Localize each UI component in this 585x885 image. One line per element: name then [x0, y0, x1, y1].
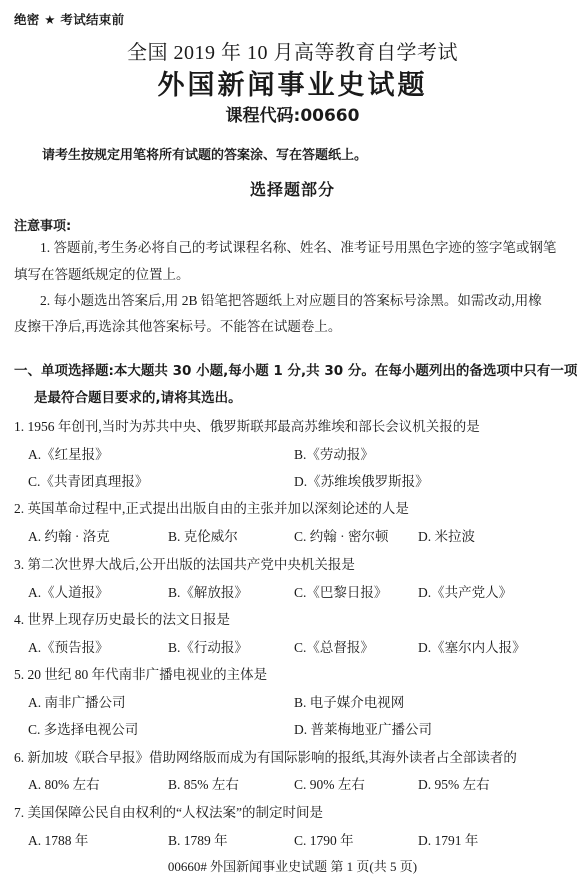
- confidential-label: 绝密 ★ 考试结束前: [14, 10, 124, 28]
- question-1-option-b: B.《劳动报》: [294, 443, 374, 463]
- question-1-option-a: A.《红星报》: [28, 443, 109, 463]
- part-one-heading-cont: 是最符合题目要求的,请将其选出。: [34, 386, 242, 406]
- question-4-option-c: C.《总督报》: [294, 636, 374, 656]
- page-title: 外国新闻事业史试题: [0, 63, 585, 102]
- notice-title: 注意事项:: [14, 215, 71, 234]
- question-7-option-a: A. 1788 年: [28, 829, 88, 849]
- question-5-option-d: D. 普莱梅地亚广播公司: [294, 718, 432, 738]
- question-2-stem: 2. 英国革命过程中,正式提出出版自由的主张并加以深刻论述的人是: [14, 497, 409, 517]
- answer-instruction: 请考生按规定用笔将所有试题的答案涂、写在答题纸上。: [42, 144, 367, 163]
- question-6-option-a: A. 80% 左右: [28, 773, 100, 793]
- question-2-option-d: D. 米拉波: [418, 525, 475, 545]
- notice-2-line-1: 2. 每小题选出答案后,用 2B 铅笔把答题纸上对应题目的答案标号涂黑。如需改动…: [40, 289, 542, 309]
- question-4-option-b: B.《行动报》: [168, 636, 248, 656]
- question-2-option-b: B. 克伦威尔: [168, 525, 238, 545]
- section-title: 选择题部分: [0, 177, 585, 200]
- question-4-option-a: A.《预告报》: [28, 636, 109, 656]
- question-7-option-c: C. 1790 年: [294, 829, 354, 849]
- question-7-option-b: B. 1789 年: [168, 829, 228, 849]
- part-one-heading: 一、单项选择题:本大题共 30 小题,每小题 1 分,共 30 分。在每小题列出…: [14, 359, 577, 379]
- question-5-stem: 5. 20 世纪 80 年代南非广播电视业的主体是: [14, 663, 267, 683]
- notice-2-line-2: 皮擦干净后,再选涂其他答案标号。不能答在试题卷上。: [14, 315, 341, 335]
- question-3-stem: 3. 第二次世界大战后,公开出版的法国共产党中央机关报是: [14, 553, 355, 573]
- question-2-option-c: C. 约翰 · 密尔顿: [294, 525, 389, 545]
- question-6-option-b: B. 85% 左右: [168, 773, 239, 793]
- question-6-option-d: D. 95% 左右: [418, 773, 490, 793]
- question-3-option-b: B.《解放报》: [168, 581, 248, 601]
- notice-1-line-1: 1. 答题前,考生务必将自己的考试课程名称、姓名、准考证号用黑色字迹的签字笔或钢…: [40, 236, 556, 256]
- question-1-option-d: D.《苏维埃俄罗斯报》: [294, 470, 429, 490]
- question-7-stem: 7. 美国保障公民自由权利的“人权法案”的制定时间是: [14, 801, 323, 821]
- course-code: 课程代码:00660: [0, 101, 585, 126]
- question-3-option-c: C.《巴黎日报》: [294, 581, 387, 601]
- exam-session-line: 全国 2019 年 10 月高等教育自学考试: [0, 36, 585, 65]
- question-7-option-d: D. 1791 年: [418, 829, 478, 849]
- question-4-option-d: D.《塞尔内人报》: [418, 636, 526, 656]
- page-footer: 00660# 外国新闻事业史试题 第 1 页(共 5 页): [0, 856, 585, 875]
- question-3-option-d: D.《共产党人》: [418, 581, 512, 601]
- question-1-option-c: C.《共青团真理报》: [28, 470, 148, 490]
- question-3-option-a: A.《人道报》: [28, 581, 109, 601]
- notice-1-line-2: 填写在答题纸规定的位置上。: [14, 263, 190, 283]
- question-5-option-a: A. 南非广播公司: [28, 691, 126, 711]
- question-6-stem: 6. 新加坡《联合早报》借助网络版而成为有国际影响的报纸,其海外读者占全部读者的: [14, 746, 517, 766]
- question-6-option-c: C. 90% 左右: [294, 773, 365, 793]
- question-2-option-a: A. 约翰 · 洛克: [28, 525, 110, 545]
- question-4-stem: 4. 世界上现存历史最长的法文日报是: [14, 608, 230, 628]
- question-5-option-c: C. 多选择电视公司: [28, 718, 138, 738]
- question-5-option-b: B. 电子媒介电视网: [294, 691, 404, 711]
- question-1-stem: 1. 1956 年创刊,当时为苏共中央、俄罗斯联邦最高苏维埃和部长会议机关报的是: [14, 415, 480, 435]
